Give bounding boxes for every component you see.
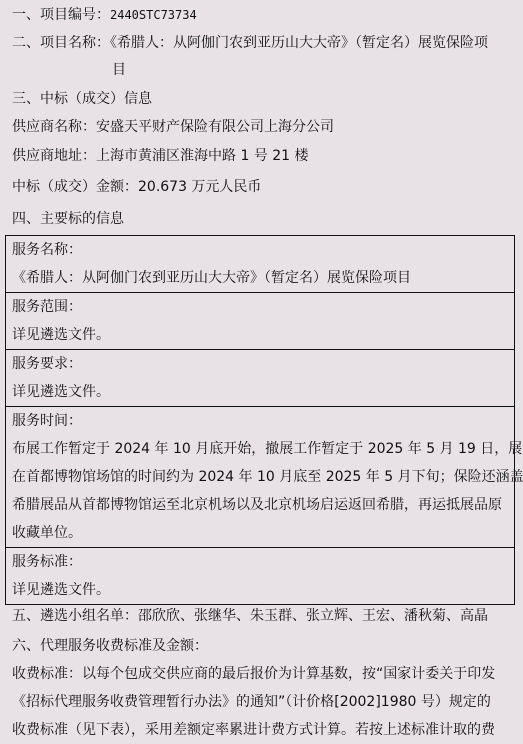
- service-time-cell: 服务时间： 布展工作暂定于 2024 年 10 月底开始，撤展工作暂定于 202…: [6, 407, 514, 548]
- award-info-heading: 三、中标（成交）信息: [12, 89, 152, 109]
- main-subject-heading: 四、主要标的信息: [12, 209, 124, 229]
- fee-standard-line-2: 《招标代理服务收费管理暂行办法》的通知”（计价格[2002]1980 号）规定的: [12, 692, 491, 712]
- award-amount-line: 中标（成交）金额：20.673 万元人民币: [12, 177, 261, 197]
- service-name-value: 《希腊人：从阿伽门农到亚历山大大帝》（暂定名）展览保险项目: [12, 264, 508, 292]
- supplier-address-label: 供应商地址：: [12, 148, 96, 164]
- service-requirements-cell: 服务要求： 详见遴选文件。: [6, 350, 514, 407]
- service-name-cell: 服务名称： 《希腊人：从阿伽门农到亚历山大大帝》（暂定名）展览保险项目: [6, 236, 514, 293]
- award-amount-value: 20.673 万元人民币: [138, 179, 261, 195]
- award-amount-label: 中标（成交）金额：: [12, 179, 138, 195]
- project-name-line: 二、项目名称：《希腊人：从阿伽门农到亚历山大大帝》（暂定名）展览保险项: [12, 33, 488, 53]
- service-time-line-3: 希腊展品从首都博物馆运至北京机场以及北京机场启运返回希腊，再运抵展品原: [12, 491, 508, 519]
- service-name-label: 服务名称：: [12, 236, 508, 264]
- project-number-line: 一、项目编号：2440STC73734: [12, 5, 197, 25]
- supplier-name-label: 供应商名称：: [12, 119, 96, 135]
- project-name-continuation: 目: [112, 60, 126, 80]
- service-requirements-label: 服务要求：: [12, 350, 508, 378]
- service-time-line-2: 在首都博物馆场馆的时间约为 2024 年 10 月底至 2025 年 5 月下旬…: [12, 463, 508, 491]
- project-number-value: 2440STC73734: [110, 8, 197, 22]
- service-requirements-value: 详见遴选文件。: [12, 378, 508, 406]
- agency-fee-heading: 六、代理服务收费标准及金额：: [12, 636, 208, 656]
- supplier-name-value: 安盛天平财产保险有限公司上海分公司: [96, 119, 334, 135]
- main-subject-table: 服务名称： 《希腊人：从阿伽门农到亚历山大大帝》（暂定名）展览保险项目 服务范围…: [5, 235, 515, 605]
- service-standard-cell: 服务标准： 详见遴选文件。: [6, 548, 514, 604]
- project-name-value: 《希腊人：从阿伽门农到亚历山大大帝》（暂定名）展览保险项: [110, 35, 488, 51]
- fee-standard-line-3: 收费标准（见下表），采用差额定率累进计费方式计算。若按上述标准计取的费: [12, 720, 495, 740]
- supplier-name-line: 供应商名称：安盛天平财产保险有限公司上海分公司: [12, 117, 334, 137]
- service-scope-cell: 服务范围： 详见遴选文件。: [6, 293, 514, 350]
- project-number-label: 一、项目编号：: [12, 7, 110, 23]
- supplier-address-value: 上海市黄浦区淮海中路 1 号 21 楼: [96, 148, 309, 164]
- service-time-line-4: 收藏单位。: [12, 519, 508, 547]
- service-standard-label: 服务标准：: [12, 548, 508, 576]
- service-scope-value: 详见遴选文件。: [12, 321, 508, 349]
- service-standard-value: 详见遴选文件。: [12, 576, 508, 604]
- supplier-address-line: 供应商地址：上海市黄浦区淮海中路 1 号 21 楼: [12, 146, 309, 166]
- service-scope-label: 服务范围：: [12, 293, 508, 321]
- service-time-label: 服务时间：: [12, 407, 508, 435]
- service-time-line-1: 布展工作暂定于 2024 年 10 月底开始，撤展工作暂定于 2025 年 5 …: [12, 435, 508, 463]
- fee-standard-line-1: 收费标准：以每个包成交供应商的最后报价为计算基数，按“国家计委关于印发: [12, 664, 495, 684]
- selection-panel-line: 五、遴选小组名单：邵欣欣、张继华、朱玉群、张立辉、王宏、潘秋菊、高晶: [12, 606, 488, 626]
- project-name-label: 二、项目名称：: [12, 35, 110, 51]
